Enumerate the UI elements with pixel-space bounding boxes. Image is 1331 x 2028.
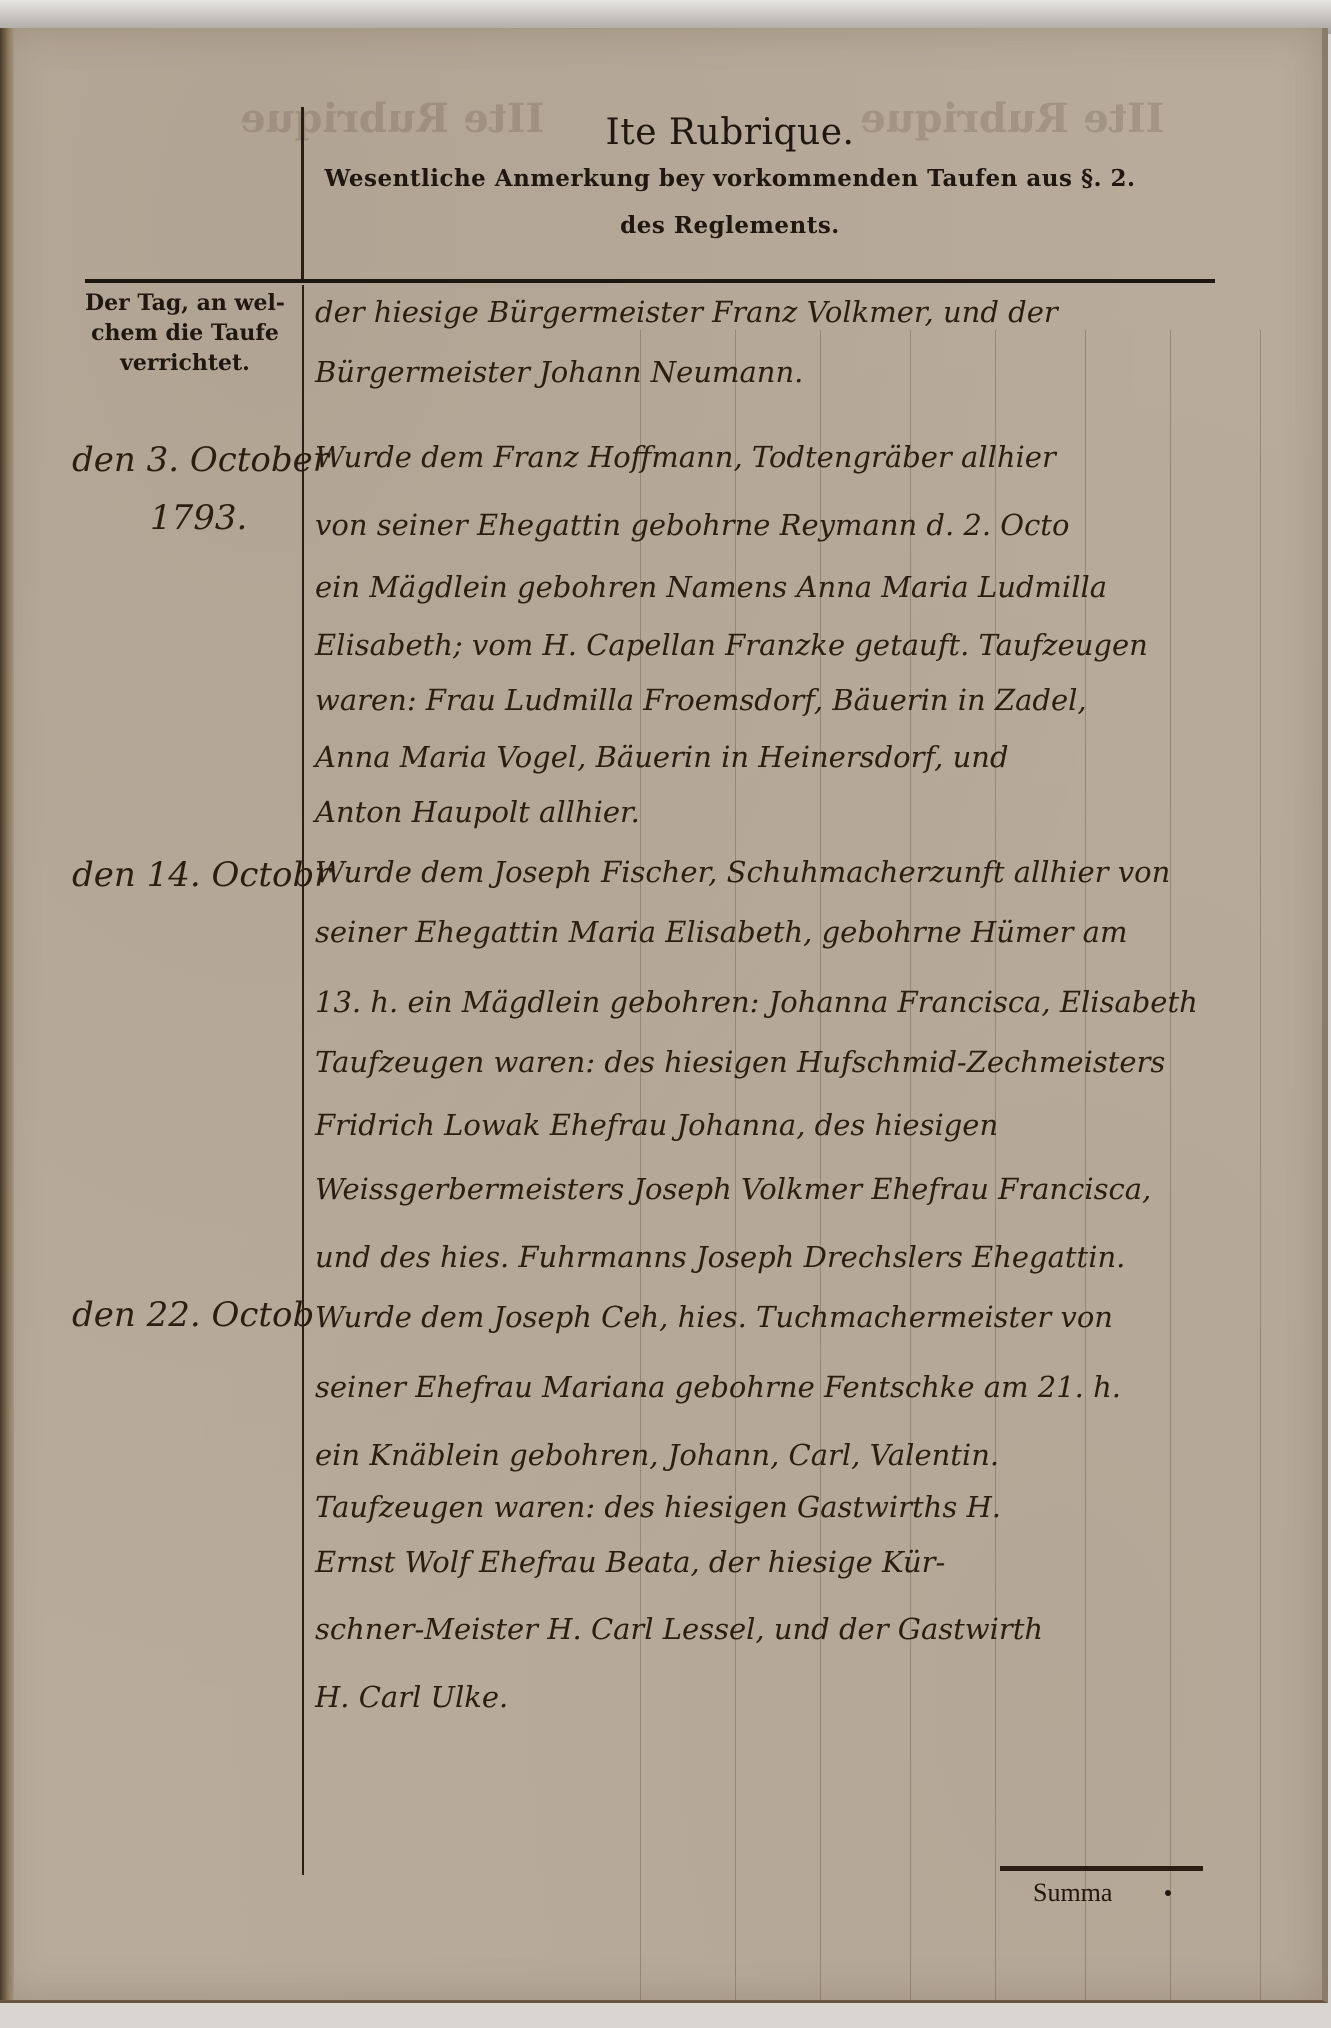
entry-line: 13. h. ein Mägdlein gebohren: Johanna Fr… xyxy=(315,985,1198,1019)
entry-line: waren: Frau Ludmilla Froemsdorf, Bäuerin… xyxy=(315,683,1087,717)
rubric-subtitle-line2: des Reglements. xyxy=(300,212,1160,239)
date-column-header-line3: verrichtet. xyxy=(70,348,300,378)
entry-line: Taufzeugen waren: des hiesigen Gastwirth… xyxy=(315,1490,1001,1524)
column-rule xyxy=(1170,330,1171,2000)
entry-line: und des hies. Fuhrmanns Joseph Drechsler… xyxy=(315,1240,1125,1274)
page-binding-edge xyxy=(0,28,14,2000)
header-divider-vertical xyxy=(301,107,304,282)
entry-date: den 3. October xyxy=(72,440,329,480)
summa-rule xyxy=(1000,1866,1203,1871)
rubric-title: Ite Rubrique. xyxy=(300,112,1160,153)
entry-line: Ernst Wolf Ehefrau Beata, der hiesige Kü… xyxy=(315,1545,945,1579)
entry-line: Wurde dem Joseph Ceh, hies. Tuchmacherme… xyxy=(315,1300,1113,1334)
entry-line: von seiner Ehegattin gebohrne Reymann d.… xyxy=(315,508,1069,542)
entry-line: Fridrich Lowak Ehefrau Johanna, des hies… xyxy=(315,1108,998,1142)
entry-line: Weissgerbermeisters Joseph Volkmer Ehefr… xyxy=(315,1172,1151,1206)
entry-line: seiner Ehefrau Mariana gebohrne Fentschk… xyxy=(315,1370,1121,1404)
entry-line: Bürgermeister Johann Neumann. xyxy=(315,355,803,389)
entry-line: Anna Maria Vogel, Bäuerin in Heinersdorf… xyxy=(315,740,1009,774)
entry-line: H. Carl Ulke. xyxy=(315,1680,508,1714)
summa-label: Summa xyxy=(1033,1878,1112,1908)
entry-line: Wurde dem Franz Hoffmann, Todtengräber a… xyxy=(315,440,1056,474)
entry-line: der hiesige Bürgermeister Franz Volkmer,… xyxy=(315,295,1058,329)
rubric-subtitle-line1: Wesentliche Anmerkung bey vorkommenden T… xyxy=(300,165,1160,192)
entry-date-year: 1793. xyxy=(150,498,247,538)
entry-line: Anton Haupolt allhier. xyxy=(315,795,640,829)
entry-line: ein Mägdlein gebohren Namens Anna Maria … xyxy=(315,570,1107,604)
date-column-header-line1: Der Tag, an wel- xyxy=(70,288,300,318)
entry-line: seiner Ehegattin Maria Elisabeth, gebohr… xyxy=(315,915,1127,949)
entry-date: den 22. Octob xyxy=(72,1295,314,1335)
entry-date: den 14. Octobr xyxy=(72,855,331,895)
summa-dot xyxy=(1165,1890,1171,1896)
column-rule xyxy=(1260,330,1261,2000)
header-rule-horizontal xyxy=(85,279,1215,283)
date-column-header: Der Tag, an wel- chem die Taufe verricht… xyxy=(70,288,300,378)
date-column-header-line2: chem die Taufe xyxy=(70,318,300,348)
entry-line: Wurde dem Joseph Fischer, Schuhmacherzun… xyxy=(315,855,1170,889)
entry-line: ein Knäblein gebohren, Johann, Carl, Val… xyxy=(315,1438,999,1472)
entry-line: Taufzeugen waren: des hiesigen Hufschmid… xyxy=(315,1045,1165,1079)
entry-line: schner-Meister H. Carl Lessel, und der G… xyxy=(315,1612,1043,1646)
column-divider-vertical xyxy=(302,285,304,1875)
entry-line: Elisabeth; vom H. Capellan Franzke getau… xyxy=(315,628,1148,662)
